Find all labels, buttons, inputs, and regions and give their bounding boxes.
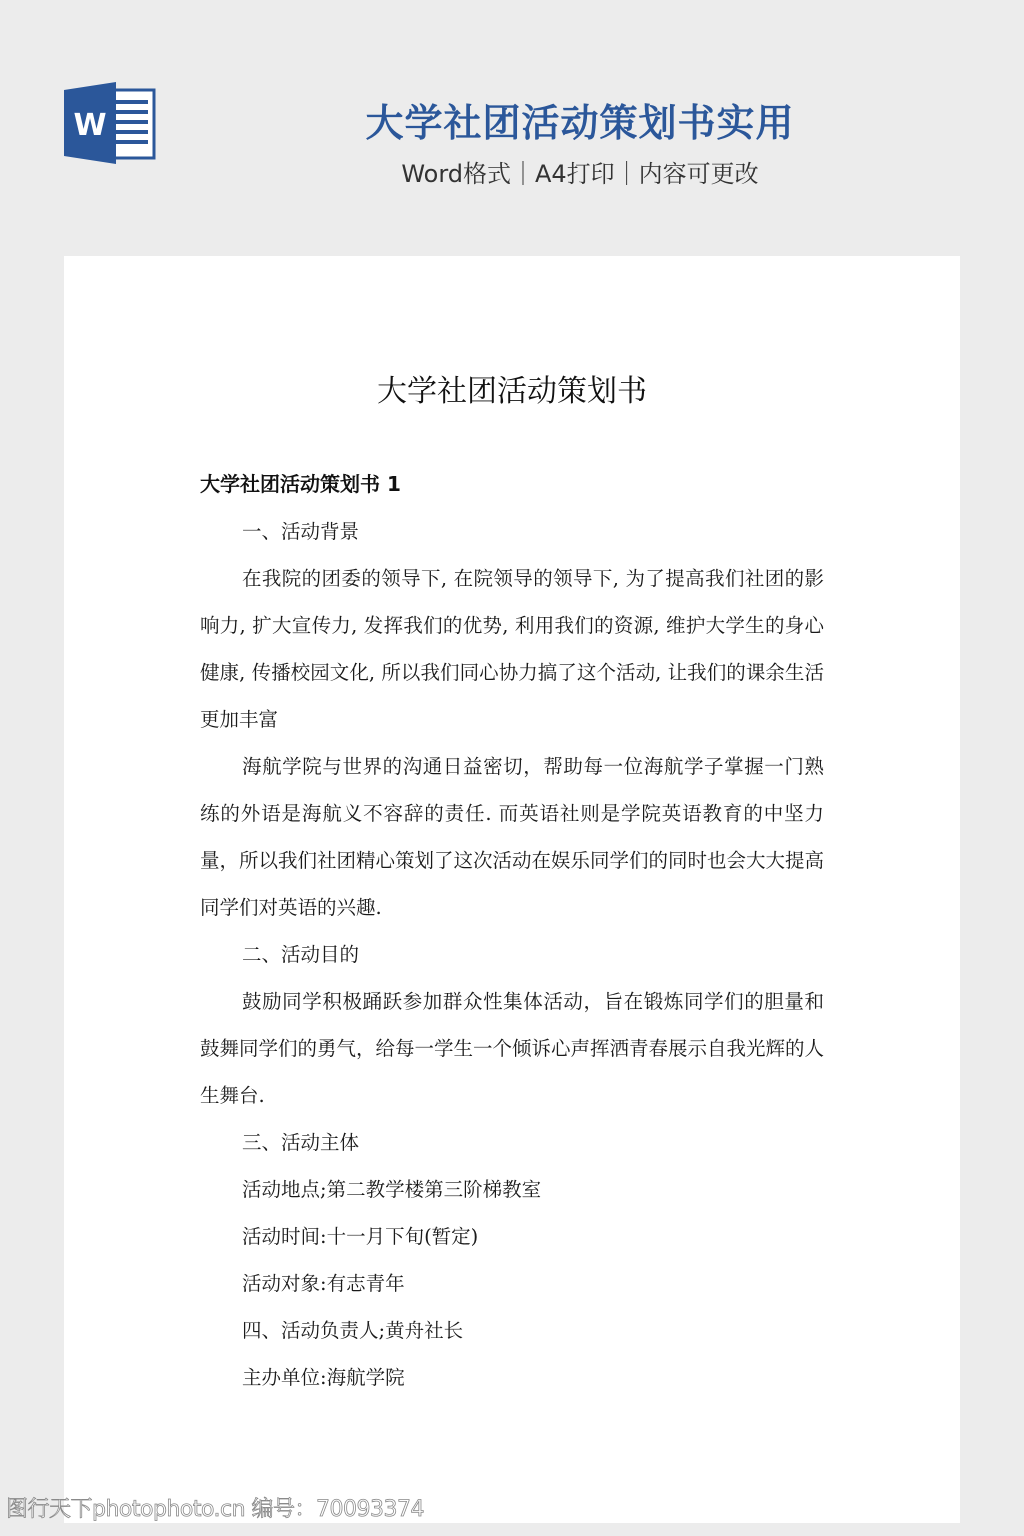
header-subtitle: Word格式｜A4打印｜内容可更改 [300, 154, 860, 189]
heading-background: 一、活动背景 [200, 508, 824, 555]
section-heading: 大学社团活动策划书 1 [200, 461, 824, 508]
activity-audience: 活动对象:有志青年 [200, 1260, 824, 1307]
activity-location: 活动地点;第二教学楼第三阶梯教室 [200, 1166, 824, 1213]
paragraph-background: 在我院的团委的领导下, 在院领导的领导下, 为了提高我们社团的影响力, 扩大宣传… [200, 555, 824, 743]
organizer: 主办单位:海航学院 [200, 1354, 824, 1401]
header-title: 大学社团活动策划书实用 [300, 92, 860, 147]
document-title: 大学社团活动策划书 [64, 366, 960, 410]
word-document-icon: W [64, 82, 156, 164]
paragraph-purpose: 鼓励同学积极踊跃参加群众性集体活动，旨在锻炼同学们的胆量和鼓舞同学们的勇气，给每… [200, 978, 824, 1119]
heading-purpose: 二、活动目的 [200, 931, 824, 978]
activity-time: 活动时间:十一月下旬(暂定) [200, 1213, 824, 1260]
paragraph-english-club: 海航学院与世界的沟通日益密切，帮助每一位海航学子掌握一门熟练的外语是海航义不容辞… [200, 743, 824, 931]
document-body: 大学社团活动策划书 1 一、活动背景 在我院的团委的领导下, 在院领导的领导下,… [200, 461, 824, 1401]
activity-lead: 四、活动负责人;黄舟社长 [200, 1307, 824, 1354]
watermark: 图行天下photophoto.cn 编号：70093374 [6, 1492, 424, 1523]
document-page: 大学社团活动策划书 大学社团活动策划书 1 一、活动背景 在我院的团委的领导下,… [64, 256, 960, 1523]
word-icon-letter: W [73, 108, 106, 143]
heading-subject: 三、活动主体 [200, 1119, 824, 1166]
